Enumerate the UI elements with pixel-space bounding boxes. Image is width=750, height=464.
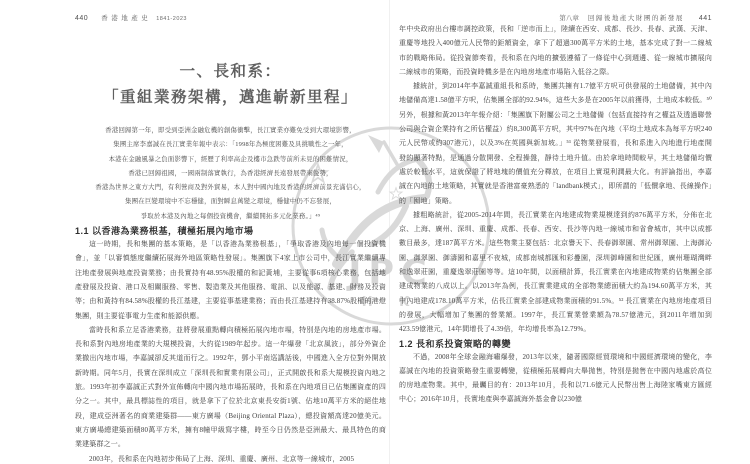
book-years: 1841-2023 [156, 16, 187, 22]
section-heading-1-1: 1.1 以香港為業務根基，積極拓展內地市場 [75, 224, 386, 237]
paragraph: 2003年，長和系在內地初步佈局了上海、深圳、重慶、廣州、北京等一線城市，200… [75, 452, 386, 464]
left-running-head: 440 香港地產史 1841-2023 [75, 13, 386, 22]
book-title: 香港地產史 [101, 13, 151, 22]
left-page-number: 440 [75, 15, 88, 22]
quote-line: 集團在巨變環境中不忘穩健，面對瞬息萬變之環境，穩健中仍不忘發展， [75, 195, 386, 209]
paragraph: 不過，2008年全球金融海嘯爆發，2013年以來，隨著國際經貿環境和中國經濟環境… [399, 350, 712, 407]
chapter-title: 回歸後地產大財團的新發展 [588, 13, 684, 22]
right-page-number: 441 [699, 15, 712, 22]
quote-line: 爭取於本港及內地之每個投資機會，繼續開拓多元化業務。」⁴⁹ [75, 210, 386, 224]
chapter-number: 第八章 [559, 13, 579, 22]
paragraph: 當時長和系立足香港業務，並將發展重點轉向積極拓展內地市場，特別是內地的房地產市場… [75, 323, 386, 452]
right-running-head: 第八章 回歸後地產大財團的新發展 441 [399, 13, 712, 22]
paragraph: 據統計，到2014年李嘉誠重組長和系時，集團共擁有1.7億平方呎可供發展的土地儲… [399, 79, 712, 208]
page-left: 440 香港地產史 1841-2023 一、長和系： 「重組業務架構，邁進嶄新里… [75, 13, 386, 464]
paragraph: 這一時期，長和集團的基本策略，是「以香港為業務根基」，「爭取香港及內地每一個投資… [75, 237, 386, 323]
section-heading-1-2: 1.2 長和系投資策略的轉變 [399, 337, 712, 350]
quote-line: 香港為世界之東方大門，有利營商及對外貿易，本人對中國內地及香港的經濟前景充滿信心… [75, 181, 386, 195]
quote-line: 本港在金融風暴之負面影響下，經歷了利率高企及樓市急跌等前所未見的困難情況， [75, 153, 386, 167]
book-spread: JPC H K 440 香港地產史 1841-2023 一、長和系： 「重組業務… [0, 0, 750, 464]
quote-line: 香港已回歸祖國，一國兩制落實執行，為香港經濟長遠發展帶來優勢， [75, 167, 386, 181]
quote-line: 集團主席李嘉誠在長江實業年報中表示：「1998年為極度困難及具挑戰性之一年， [75, 138, 386, 152]
title-line-2: 「重組業務架構，邁進嶄新里程」 [75, 85, 386, 111]
chapter-section-title: 一、長和系： 「重組業務架構，邁進嶄新里程」 [75, 59, 386, 111]
paragraph-continuation: 年中央政府出台樓市調控政策，長和「逆市而上」，陸續在西安、成都、長沙、長春、武漢… [399, 22, 712, 79]
paragraph: 據粗略統計，從2005-2014年間，長江實業在內地建成物業規模達到約876萬平… [399, 208, 712, 337]
page-right: 第八章 回歸後地產大財團的新發展 441 年中央政府出台樓市調控政策，長和「逆市… [399, 13, 712, 407]
page-gutter [389, 0, 390, 464]
title-line-1: 一、長和系： [75, 59, 386, 85]
quote-line: 香港回歸第一年，即受到亞洲金融危機的創傷衝擊，長江實業亦難免受到大環境影響， [75, 124, 386, 138]
epigraph-quote: 香港回歸第一年，即受到亞洲金融危機的創傷衝擊，長江實業亦難免受到大環境影響， 集… [75, 124, 386, 224]
